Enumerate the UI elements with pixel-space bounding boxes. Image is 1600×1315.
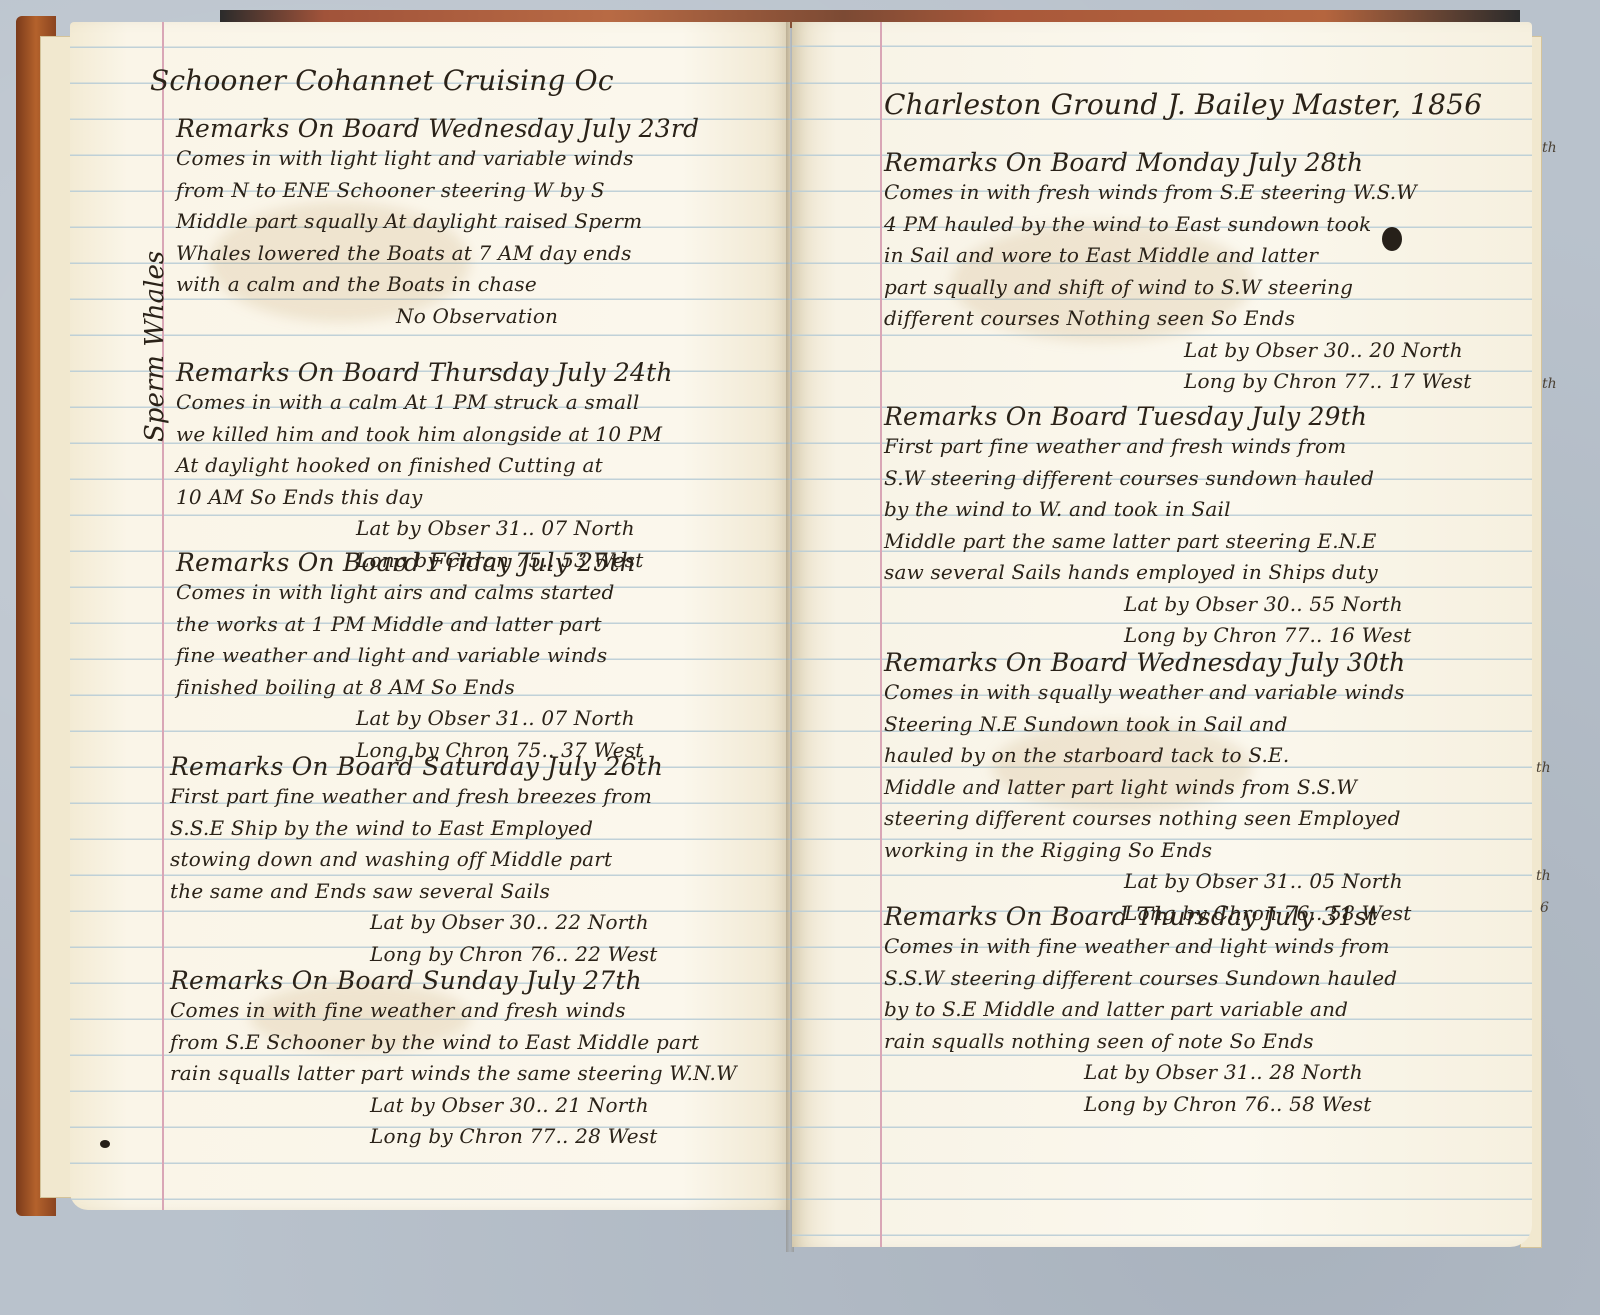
entry-line: Comes in with fine weather and fresh win… — [170, 995, 737, 1027]
open-logbook: Sperm Whales Schooner Cohannet Cruising … — [0, 0, 1600, 1315]
entry-heading: Remarks On Board Wednesday July 23rd — [176, 114, 699, 143]
log-entry: Remarks On Board Wednesday July 23rd Com… — [176, 114, 699, 332]
longitude-reading: Long by Chron 77.. 17 West — [1184, 366, 1532, 398]
entry-line: by to S.E Middle and latter part variabl… — [884, 994, 1397, 1026]
latitude-reading: Lat by Obser 30.. 20 North — [1184, 335, 1532, 367]
latitude-reading: Lat by Obser 31.. 05 North — [1124, 866, 1532, 898]
log-entry: Remarks On Board Tuesday July 29th First… — [884, 402, 1378, 652]
entry-heading: Remarks On Board Friday July 25th — [176, 548, 636, 577]
latitude-reading: Lat by Obser 31.. 07 North — [356, 703, 790, 735]
entry-line: working in the Rigging So Ends — [884, 835, 1405, 867]
latitude-reading: Lat by Obser 31.. 28 North — [1084, 1057, 1532, 1089]
margin-rule — [162, 22, 164, 1210]
entry-line: At daylight hooked on finished Cutting a… — [176, 450, 673, 482]
entry-line: rain squalls latter part winds the same … — [170, 1058, 737, 1090]
latitude-reading: Lat by Obser 30.. 55 North — [1124, 589, 1532, 621]
entry-line: steering different courses nothing seen … — [884, 803, 1405, 835]
entry-line: S.S.W steering different courses Sundown… — [884, 963, 1397, 995]
entry-line: Middle and latter part light winds from … — [884, 772, 1405, 804]
entry-line: from S.E Schooner by the wind to East Mi… — [170, 1027, 737, 1059]
entry-line: saw several Sails hands employed in Ship… — [884, 557, 1378, 589]
entry-line: fine weather and light and variable wind… — [176, 640, 636, 672]
log-entry: Remarks On Board Monday July 28th Comes … — [884, 148, 1417, 398]
page-title: Charleston Ground J. Bailey Master, 1856 — [884, 88, 1482, 121]
entry-line: Comes in with light airs and calms start… — [176, 577, 636, 609]
entry-heading: Remarks On Board Sunday July 27th — [170, 966, 737, 995]
log-entry: Remarks On Board Saturday July 26th Firs… — [170, 752, 663, 970]
entry-line: finished boiling at 8 AM So Ends — [176, 672, 636, 704]
longitude-reading: Long by Chron 77.. 28 West — [370, 1121, 790, 1153]
page-title: Schooner Cohannet Cruising Oc — [150, 64, 614, 97]
entry-line: by the wind to W. and took in Sail — [884, 494, 1378, 526]
entry-line: part squally and shift of wind to S.W st… — [884, 272, 1417, 304]
entry-line: Comes in with light light and variable w… — [176, 143, 699, 175]
entry-line: First part fine weather and fresh winds … — [884, 431, 1378, 463]
log-entry: Remarks On Board Wednesday July 30th Com… — [884, 648, 1405, 929]
entry-line: First part fine weather and fresh breeze… — [170, 781, 663, 813]
entry-line: Comes in with fine weather and light win… — [884, 931, 1397, 963]
entry-heading: Remarks On Board Saturday July 26th — [170, 752, 663, 781]
entry-line: Comes in with squally weather and variab… — [884, 677, 1405, 709]
log-entry: Remarks On Board Sunday July 27th Comes … — [170, 966, 737, 1153]
entry-line: Whales lowered the Boats at 7 AM day end… — [176, 238, 699, 270]
entry-line: different courses Nothing seen So Ends — [884, 303, 1417, 335]
entry-line: S.S.E Ship by the wind to East Employed — [170, 813, 663, 845]
margin-note: Sperm Whales — [140, 251, 170, 442]
left-page: Sperm Whales Schooner Cohannet Cruising … — [70, 22, 790, 1210]
entry-line: we killed him and took him alongside at … — [176, 419, 673, 451]
entry-line: the same and Ends saw several Sails — [170, 876, 663, 908]
entry-line: Middle part the same latter part steerin… — [884, 526, 1378, 558]
position-reading: No Observation — [396, 301, 790, 333]
entry-line: in Sail and wore to East Middle and latt… — [884, 240, 1417, 272]
edge-note: th — [1536, 760, 1551, 776]
right-page: Charleston Ground J. Bailey Master, 1856… — [792, 22, 1532, 1247]
entry-line: Comes in with fresh winds from S.E steer… — [884, 177, 1417, 209]
edge-note: th — [1542, 140, 1557, 156]
entry-heading: Remarks On Board Thursday July 24th — [176, 358, 673, 387]
entry-heading: Remarks On Board Tuesday July 29th — [884, 402, 1378, 431]
entry-line: Comes in with a calm At 1 PM struck a sm… — [176, 387, 673, 419]
edge-note: th — [1536, 868, 1551, 884]
longitude-reading: Long by Chron 76.. 58 West — [1084, 1089, 1532, 1121]
margin-rule — [880, 22, 882, 1247]
latitude-reading: Lat by Obser 31.. 07 North — [356, 513, 790, 545]
entry-line: hauled by on the starboard tack to S.E. — [884, 740, 1405, 772]
entry-line: from N to ENE Schooner steering W by S — [176, 175, 699, 207]
entry-heading: Remarks On Board Thursday July 31st — [884, 902, 1397, 931]
log-entry: Remarks On Board Thursday July 31st Come… — [884, 902, 1397, 1120]
edge-note: 6 — [1540, 900, 1549, 916]
ink-blot — [100, 1140, 110, 1148]
entry-line: 10 AM So Ends this day — [176, 482, 673, 514]
entry-heading: Remarks On Board Monday July 28th — [884, 148, 1417, 177]
latitude-reading: Lat by Obser 30.. 22 North — [370, 907, 790, 939]
entry-line: 4 PM hauled by the wind to East sundown … — [884, 209, 1417, 241]
log-entry: Remarks On Board Thursday July 24th Come… — [176, 358, 673, 576]
entry-line: with a calm and the Boats in chase — [176, 269, 699, 301]
entry-line: Steering N.E Sundown took in Sail and — [884, 709, 1405, 741]
entry-line: S.W steering different courses sundown h… — [884, 463, 1378, 495]
entry-heading: Remarks On Board Wednesday July 30th — [884, 648, 1405, 677]
edge-note: th — [1542, 376, 1557, 392]
longitude-reading: Long by Chron 77.. 16 West — [1124, 620, 1532, 652]
entry-line: the works at 1 PM Middle and latter part — [176, 609, 636, 641]
log-entry: Remarks On Board Friday July 25th Comes … — [176, 548, 636, 766]
entry-line: Middle part squally At daylight raised S… — [176, 206, 699, 238]
entry-line: stowing down and washing off Middle part — [170, 844, 663, 876]
latitude-reading: Lat by Obser 30.. 21 North — [370, 1090, 790, 1122]
entry-line: rain squalls nothing seen of note So End… — [884, 1026, 1397, 1058]
